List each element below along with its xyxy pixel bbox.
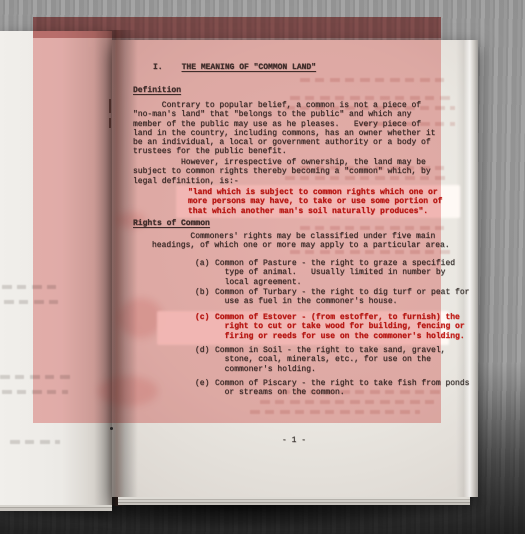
binding-dot [110, 427, 113, 430]
page-number: - 1 - [133, 436, 455, 445]
red-overlay-wood-band [33, 17, 441, 38]
red-highlight-overlay [33, 17, 441, 423]
ghost-text [10, 440, 60, 444]
page-stack-edge [0, 505, 112, 511]
photo-scene: I. THE MEANING OF "COMMON LAND" Definiti… [0, 0, 525, 534]
